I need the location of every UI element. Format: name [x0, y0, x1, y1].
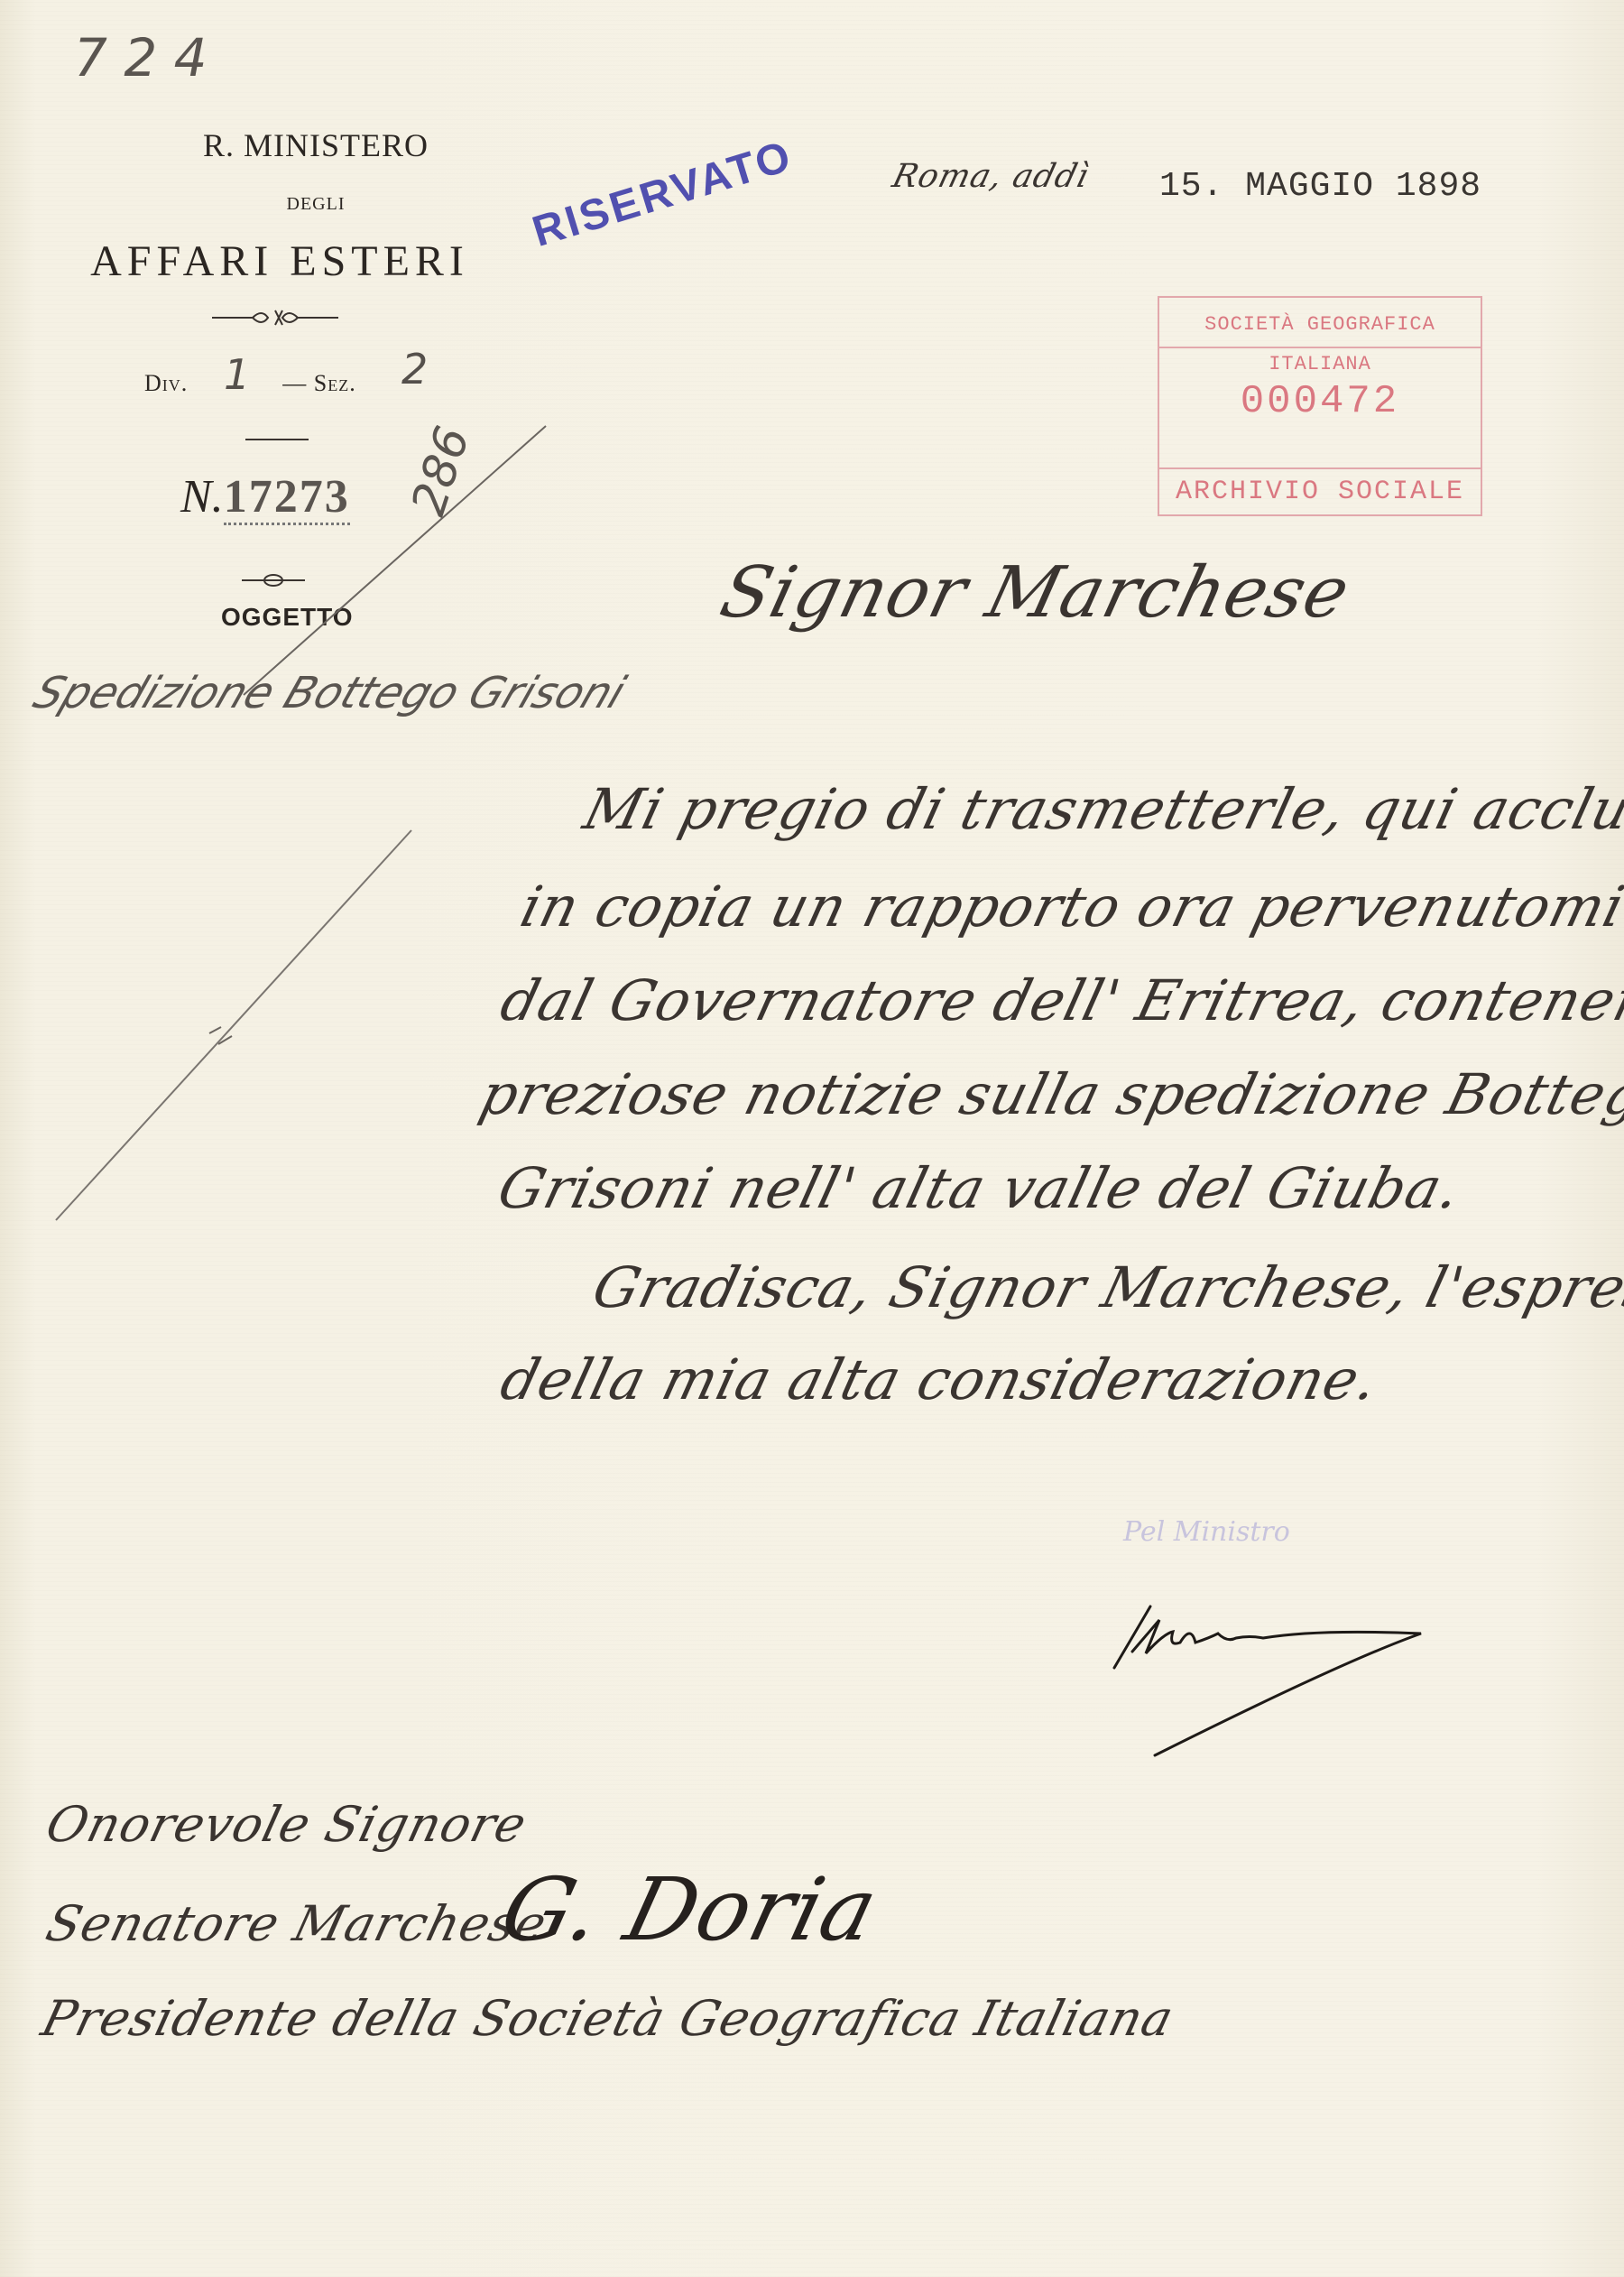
protocol-number: N.17273 [180, 469, 350, 523]
letterhead-ministry-line3: AFFARI ESTERI [54, 236, 505, 286]
body-line-6: Gradisca, Signor Marchese, l'espressione [586, 1254, 1624, 1320]
place-label: Roma, addì [889, 158, 1093, 195]
body-line-4: preziose notizie sulla spedizione Botteg… [474, 1061, 1624, 1127]
addressee-line-1: Onorevole Signore [41, 1796, 532, 1853]
body-line-2: in copia un rapporto ora pervenutomi [514, 874, 1624, 939]
body-line-7: della mia alta considerazione. [494, 1347, 1385, 1412]
addressee-line-3: Presidente della Società Geografica Ital… [36, 1990, 1179, 2047]
riservato-stamp: RISERVATO [527, 131, 798, 257]
date-stamp: 15. MAGGIO 1898 [1159, 167, 1481, 206]
division-label: Div. [144, 370, 188, 396]
subject-text: Spedizione Bottego Grisoni [27, 668, 632, 718]
signature-icon [1110, 1606, 1471, 1832]
closing-label: Pel Ministro [1123, 1516, 1290, 1548]
folio-mark: 7 2 4 [74, 27, 208, 88]
signature-text: Malvano [1137, 1643, 1140, 1643]
body-line-1: Mi pregio di trasmetterle, qui accluso [577, 776, 1624, 842]
letterhead-ministry-line1: R. MINISTERO [126, 126, 505, 164]
addressee-line-2-prefix: Senatore Marchese [41, 1895, 553, 1952]
archive-stamp-footer: ARCHIVIO SOCIALE [1159, 467, 1481, 514]
oggetto-label: OGGETTO [221, 603, 354, 632]
division-value: 1 [224, 350, 251, 399]
body-line-5: Grisoni nell' alta valle del Giuba. [492, 1155, 1468, 1221]
body-line-3: dal Governatore dell' Eritrea, contenent… [494, 967, 1624, 1033]
ornament-small-icon [242, 573, 305, 588]
letterhead-ministry-line2: DEGLI [126, 194, 505, 215]
protocol-value: 17273 [224, 471, 350, 525]
archive-stamp-header: SOCIETÀ GEOGRAFICA ITALIANA [1159, 305, 1481, 348]
section-value: 2 [401, 345, 429, 393]
section-label: — Sez. [282, 370, 355, 396]
salutation: Signor Marchese [713, 552, 1358, 634]
division-section-line: Div. — Sez. 1 2 [144, 370, 356, 397]
protocol-prefix: N. [180, 471, 224, 523]
archive-stamp: SOCIETÀ GEOGRAFICA ITALIANA 000472 ARCHI… [1158, 296, 1482, 516]
addressee-name: G. Doria [492, 1859, 888, 1960]
short-rule [245, 439, 309, 440]
archive-stamp-number: 000472 [1159, 379, 1481, 424]
archive-annotation: 286 [401, 421, 481, 523]
ornament-divider-icon [212, 309, 338, 327]
